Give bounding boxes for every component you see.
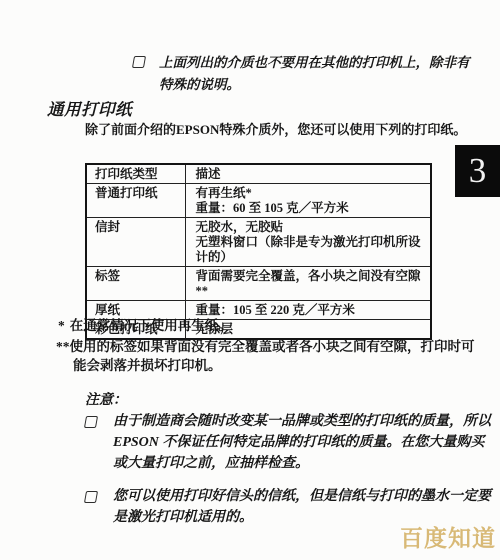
desc-line: 有再生纸*	[196, 186, 427, 201]
footnote-marker: *	[58, 318, 65, 333]
baidu-zhidao-watermark: 百度知道	[400, 520, 496, 553]
header-description: 描述	[185, 164, 431, 184]
table-row: 普通打印纸 有再生纸* 重量：60 至 105 克／平方米	[86, 184, 431, 218]
cell-description: 有再生纸* 重量：60 至 105 克／平方米	[185, 184, 431, 218]
table-row: 标签 背面需要完全覆盖，各小块之间没有空隙**	[86, 267, 431, 301]
notice-label: 注意：	[85, 389, 127, 409]
cell-paper-type: 信封	[86, 218, 185, 267]
checkbox-icon	[84, 491, 98, 503]
checkbox-icon	[132, 56, 146, 68]
chapter-number: 3	[469, 151, 487, 191]
cell-description: 无胶水，无胶贴 无塑料窗口（除非是专为激光打印机所设计的）	[185, 218, 431, 267]
desc-line: 重量：60 至 105 克／平方米	[196, 201, 427, 216]
footnote-text: 在通常情况下使用再生纸。	[70, 318, 232, 333]
table-row: 信封 无胶水，无胶贴 无塑料窗口（除非是专为激光打印机所设计的）	[86, 218, 431, 267]
cell-paper-type: 普通打印纸	[86, 184, 185, 218]
table-header-row: 打印纸类型 描述	[86, 164, 431, 184]
top-bullet-item: 上面列出的介质也不要用在其他的打印机上，除非有特殊的说明。	[133, 52, 477, 95]
desc-line: 背面需要完全覆盖，各小块之间没有空隙**	[196, 269, 427, 299]
checkbox-icon	[84, 416, 98, 428]
cell-description: 背面需要完全覆盖，各小块之间没有空隙**	[185, 267, 431, 301]
top-bullet-text: 上面列出的介质也不要用在其他的打印机上，除非有特殊的说明。	[159, 52, 477, 95]
section-heading: 通用打印纸	[47, 96, 132, 120]
paper-types-table: 打印纸类型 描述 普通打印纸 有再生纸* 重量：60 至 105 克／平方米 信…	[85, 163, 432, 340]
cell-paper-type: 标签	[86, 267, 185, 301]
desc-line: 无塑料窗口（除非是专为激光打印机所设计的）	[196, 235, 427, 265]
footnote-single-asterisk: *在通常情况下使用再生纸。	[58, 316, 232, 335]
notice-bullet-item: 由于制造商会随时改变某一品牌或类型的打印纸的质量，所以 EPSON 不保证任何特…	[85, 411, 498, 474]
footnote-double-asterisk: **使用的标签如果背面没有完全覆盖或者各小块之间有空隙，打印时可能会剥落并损坏打…	[56, 337, 477, 375]
section-intro-text: 除了前面介绍的EPSON特殊介质外，您还可以使用下列的打印纸。	[85, 119, 466, 138]
chapter-tab: 3	[455, 145, 500, 197]
manual-page-scan: 上面列出的介质也不要用在其他的打印机上，除非有特殊的说明。 通用打印纸 除了前面…	[0, 0, 500, 560]
footnote-text: 使用的标签如果背面没有完全覆盖或者各小块之间有空隙，打印时可能会剥落并损坏打印机…	[70, 339, 475, 373]
notice-bullet-text: 由于制造商会随时改变某一品牌或类型的打印纸的质量，所以 EPSON 不保证任何特…	[113, 411, 498, 474]
footnote-marker: **	[56, 339, 70, 354]
desc-line: 无胶水，无胶贴	[196, 220, 427, 235]
header-paper-type: 打印纸类型	[86, 164, 185, 184]
